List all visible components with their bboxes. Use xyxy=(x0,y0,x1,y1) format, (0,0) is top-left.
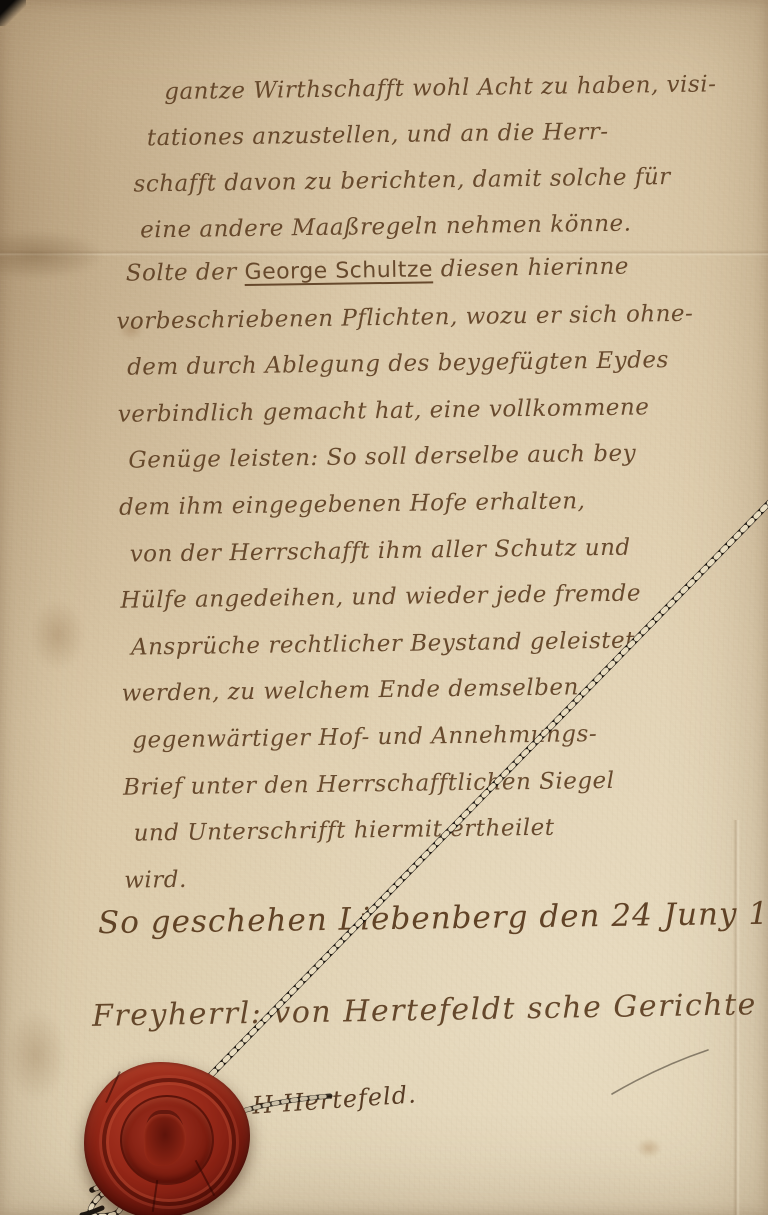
manuscript-line: und Unterschrifft hiermit ertheilet xyxy=(133,803,701,858)
paper-stain xyxy=(636,1138,662,1158)
paper-stain xyxy=(6,1010,66,1100)
manuscript-line: gantze Wirthschafft wohl Acht zu haben, … xyxy=(164,61,717,115)
manuscript-line: dem durch Ablegung des beygefügten Eydes xyxy=(127,337,695,392)
manuscript-line: verbindlich gemacht hat, eine vollkommen… xyxy=(117,383,695,438)
manuscript-paragraph-2: Solte der George Schultze diesen hierinn… xyxy=(115,243,701,904)
manuscript-line: tationes anzustellen, und an die Herr- xyxy=(147,107,718,161)
manuscript-line: Brief unter den Herrschafftlichen Siegel xyxy=(123,756,701,811)
manuscript-line: Ansprüche rechtlicher Beystand geleistet xyxy=(131,616,699,671)
named-person: George Schultze xyxy=(244,257,433,285)
manuscript-line: dem ihm eingegebenen Hofe erhalten, xyxy=(119,477,697,532)
manuscript-line: wird. xyxy=(124,849,702,904)
manuscript-line: Hülfe angedeihen, und wieder jede fremde xyxy=(120,570,698,625)
corner-shadow xyxy=(0,0,26,26)
manuscript-line: gegenwärtiger Hof- und Annehmungs- xyxy=(132,710,700,765)
manuscript-line: Genüge leisten: So soll derselbe auch be… xyxy=(128,430,696,485)
manuscript-line: von der Herrschafft ihm aller Schutz und xyxy=(129,523,697,578)
manuscript-paragraph-1: gantze Wirthschafft wohl Acht zu haben, … xyxy=(164,61,719,253)
manuscript-line: schafft davon zu berichten, damit solche… xyxy=(133,153,718,207)
manuscript-line: werden, zu welchem Ende demselben xyxy=(121,663,699,718)
manuscript-line: vorbeschriebenen Pflichten, wozu er sich… xyxy=(116,290,694,345)
paper-stain xyxy=(30,600,85,670)
manuscript-line: Solte der George Schultze diesen hierinn… xyxy=(125,243,693,299)
